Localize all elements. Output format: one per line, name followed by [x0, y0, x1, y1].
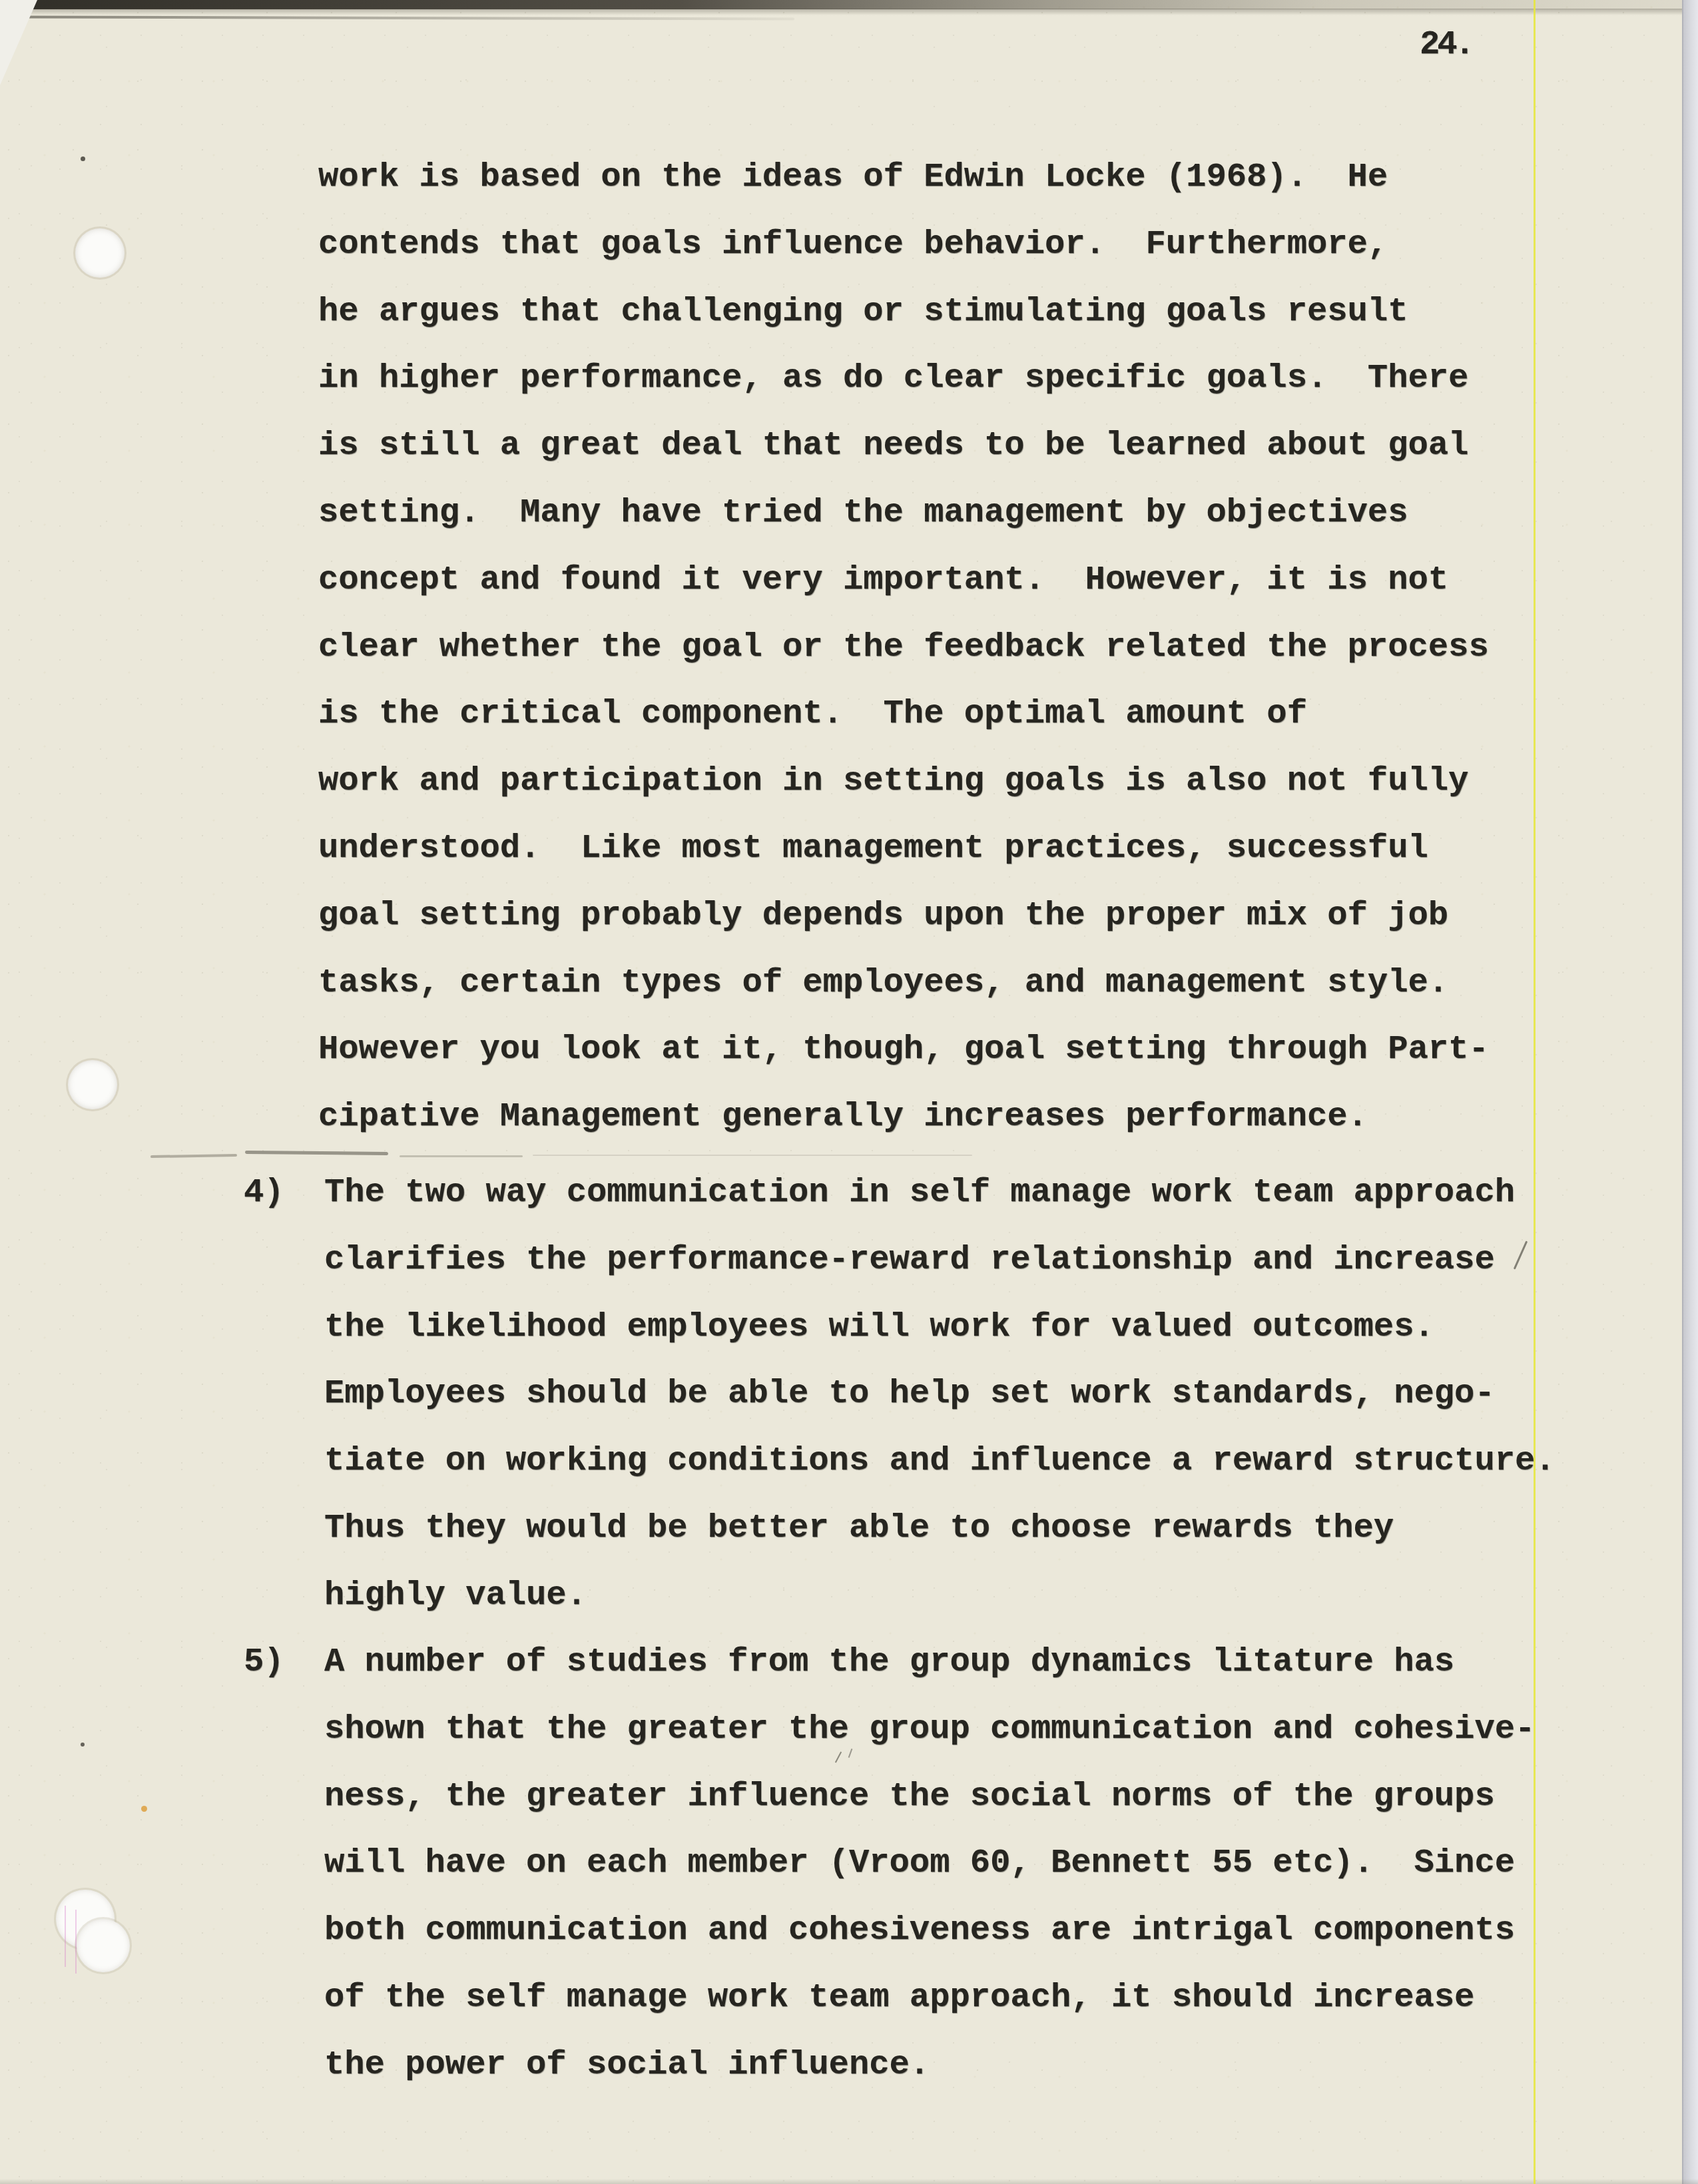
text-line: A number of studies from the group dynam… [324, 1629, 1535, 1697]
text-line: ness, the greater influence the social n… [324, 1764, 1535, 1831]
scan-top-edge-shadow [0, 0, 1698, 9]
text-line: Thus they would be better able to choose… [324, 1496, 1556, 1563]
text-line: tiate on working conditions and influenc… [324, 1428, 1556, 1496]
list-item-text: The two way communication in self manage… [324, 1160, 1556, 1630]
list-item-number: 5) [244, 1629, 284, 1697]
text-line: in higher performance, as do clear speci… [318, 346, 1489, 413]
page-number: 24. [1420, 26, 1472, 64]
text-line: highly value. [324, 1563, 1556, 1630]
text-line: setting. Many have tried the management … [318, 480, 1489, 547]
text-line: clear whether the goal or the feedback r… [318, 615, 1489, 682]
scan-top-edge-line [13, 15, 794, 20]
crease-line [150, 1154, 237, 1158]
text-line: he argues that challenging or stimulatin… [318, 279, 1489, 346]
text-line: concept and found it very important. How… [318, 547, 1489, 615]
punch-hole-pink-line [65, 1906, 66, 1967]
punch-hole-top [75, 228, 125, 278]
text-line: will have on each member (Vroom 60, Benn… [324, 1830, 1535, 1898]
scanner-right-edge [1682, 0, 1698, 2184]
scan-top-edge-fade [0, 9, 1698, 15]
text-line: the power of social influence. [324, 2032, 1535, 2099]
text-line: tasks, certain types of employees, and m… [318, 950, 1489, 1017]
crease-line [245, 1151, 388, 1155]
text-line: of the self manage work team approach, i… [324, 1965, 1535, 2032]
orange-speck [141, 1806, 147, 1812]
text-line: work and participation in setting goals … [318, 748, 1489, 816]
text-line: clarifies the performance-reward relatio… [324, 1227, 1556, 1294]
text-line: understood. Like most management practic… [318, 816, 1489, 883]
text-line: is still a great deal that needs to be l… [318, 413, 1489, 480]
punch-hole-bottom-overlap [77, 1919, 130, 1972]
ink-speck [81, 1743, 85, 1747]
ink-speck [81, 156, 85, 161]
punch-hole-middle [68, 1060, 117, 1109]
text-line: The two way communication in self manage… [324, 1160, 1556, 1227]
text-line: shown that the greater the group communi… [324, 1697, 1535, 1764]
paragraph-continuation: work is based on the ideas of Edwin Lock… [318, 144, 1489, 1151]
text-line: Employees should be able to help set wor… [324, 1361, 1556, 1428]
text-line: contends that goals influence behavior. … [318, 212, 1489, 279]
text-line: cipative Management generally increases … [318, 1084, 1489, 1151]
text-line: is the critical component. The optimal a… [318, 681, 1489, 748]
list-item-number: 4) [244, 1160, 284, 1227]
text-line: both communication and cohesiveness are … [324, 1898, 1535, 1965]
text-line: However you look at it, though, goal set… [318, 1017, 1489, 1084]
crease-line [533, 1155, 972, 1156]
text-line: work is based on the ideas of Edwin Lock… [318, 144, 1489, 212]
text-line: the likelihood employees will work for v… [324, 1294, 1556, 1362]
crease-line [400, 1155, 523, 1157]
punch-hole-pink-line [75, 1910, 77, 1974]
list-item-text: A number of studies from the group dynam… [324, 1629, 1535, 2099]
scanner-bottom-edge [0, 2179, 1698, 2184]
scanned-typewritten-page: 24. work is based on the ideas of Edwin … [0, 0, 1698, 2184]
text-line: goal setting probably depends upon the p… [318, 883, 1489, 950]
